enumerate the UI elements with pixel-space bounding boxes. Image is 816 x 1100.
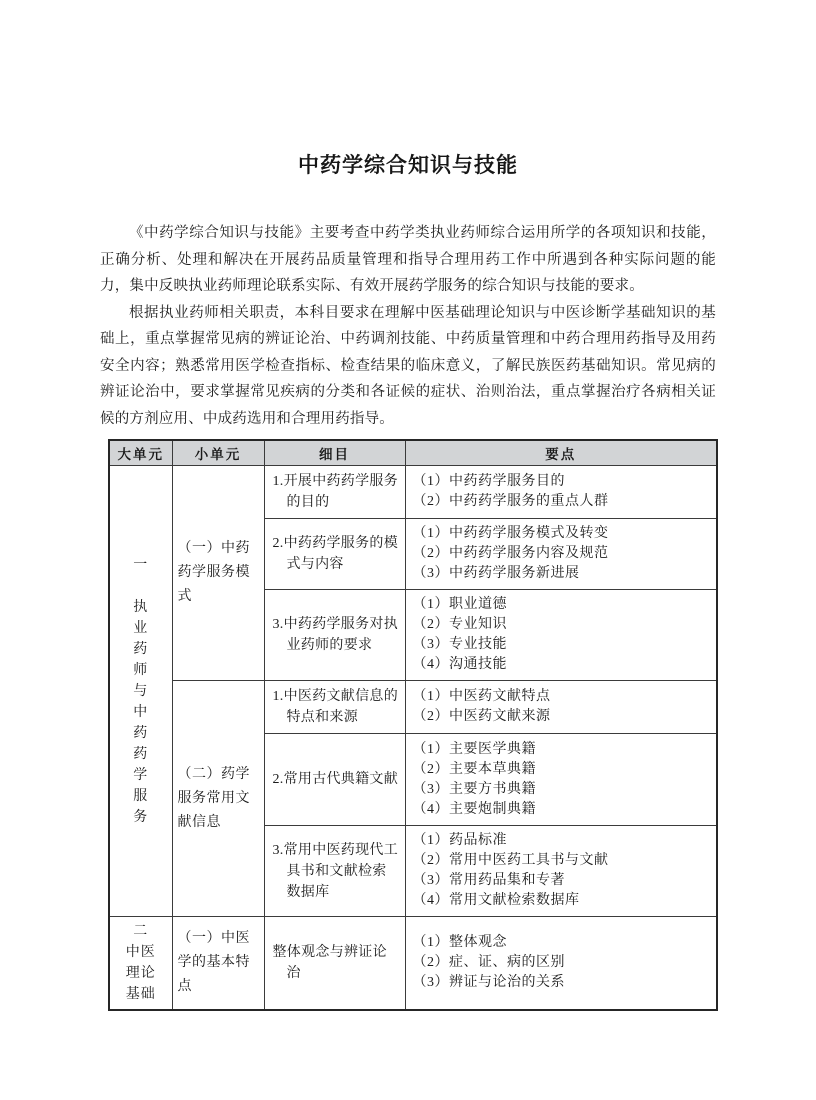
key-point: （1）中药药学服务目的 (413, 472, 713, 492)
key-point: （1）主要医学典籍 (413, 740, 713, 760)
key-point: （3）专业技能 (413, 635, 713, 655)
detail-text: 1.中医药文献信息的特点和来源 (273, 686, 399, 728)
key-point: （3）辨证与论治的关系 (413, 973, 713, 993)
key-point: （2）主要本草典籍 (413, 760, 713, 780)
key-point: （4）常用文献检索数据库 (413, 891, 713, 911)
table-row: 一 执 业 药 师 与 中 药 药 学 服 务 （一）中药药学服务模式 1.开展… (109, 466, 717, 519)
key-points-cell: （1）主要医学典籍 （2）主要本草典籍 （3）主要方书典籍 （4）主要炮制典籍 (405, 734, 717, 826)
key-point: （4）沟通技能 (413, 655, 713, 675)
document-page: 中药学综合知识与技能 《中药学综合知识与技能》主要考查中药学类执业药师综合运用所… (0, 0, 816, 1100)
key-point: （3）主要方书典籍 (413, 780, 713, 800)
key-point: （2）中医药文献来源 (413, 707, 713, 727)
key-point: （2）中药药学服务内容及规范 (413, 544, 713, 564)
key-point: （3）中药药学服务新进展 (413, 564, 713, 584)
syllabus-table: 大单元 小单元 细目 要点 一 执 业 药 师 与 中 药 药 学 服 务 （一… (108, 439, 718, 1011)
detail-text: 2.常用古代典籍文献 (273, 769, 399, 790)
intro-paragraph-1: 《中药学综合知识与技能》主要考查中药学类执业药师综合运用所学的各项知识和技能，正… (100, 220, 716, 300)
minor-unit-2-cell: （二）药学服务常用文献信息 (172, 681, 264, 917)
key-points-cell: （1）中医药文献特点 （2）中医药文献来源 (405, 681, 717, 734)
detail-text: 1.开展中药药学服务的目的 (273, 471, 399, 513)
detail-cell: 3.中药药学服务对执业药师的要求 (264, 590, 405, 681)
key-point: （1）整体观念 (413, 933, 713, 953)
detail-cell: 2.常用古代典籍文献 (264, 734, 405, 826)
key-points-cell: （1）职业道德 （2）专业知识 （3）专业技能 （4）沟通技能 (405, 590, 717, 681)
key-points-cell: （1）中药药学服务模式及转变 （2）中药药学服务内容及规范 （3）中药药学服务新… (405, 519, 717, 590)
detail-cell: 1.中医药文献信息的特点和来源 (264, 681, 405, 734)
detail-cell: 2.中药药学服务的模式与内容 (264, 519, 405, 590)
key-point: （4）主要炮制典籍 (413, 800, 713, 820)
key-points-cell: （1）整体观念 （2）症、证、病的区别 （3）辨证与论治的关系 (405, 917, 717, 1011)
key-point: （1）职业道德 (413, 595, 713, 615)
intro-section: 《中药学综合知识与技能》主要考查中药学类执业药师综合运用所学的各项知识和技能，正… (100, 220, 716, 432)
key-points-cell: （1）中药药学服务目的 （2）中药药学服务的重点人群 (405, 466, 717, 519)
detail-cell: 整体观念与辨证论治 (264, 917, 405, 1011)
key-point: （2）症、证、病的区别 (413, 953, 713, 973)
detail-text: 3.中药药学服务对执业药师的要求 (273, 614, 399, 656)
intro-paragraph-2: 根据执业药师相关职责，本科目要求在理解中医基础理论知识与中医诊断学基础知识的基础… (100, 300, 716, 433)
key-point: （2）专业知识 (413, 615, 713, 635)
detail-text: 2.中药药学服务的模式与内容 (273, 533, 399, 575)
key-point: （2）常用中医药工具书与文献 (413, 851, 713, 871)
header-major-unit: 大单元 (109, 440, 172, 466)
minor-unit-1-cell: （一）中药药学服务模式 (172, 466, 264, 681)
page-title: 中药学综合知识与技能 (100, 150, 716, 180)
major-unit-1-cell: 一 执 业 药 师 与 中 药 药 学 服 务 (109, 466, 172, 917)
header-detail: 细目 (264, 440, 405, 466)
detail-cell: 3.常用中医药现代工具书和文献检索数据库 (264, 826, 405, 917)
detail-text: 3.常用中医药现代工具书和文献检索数据库 (273, 840, 399, 903)
key-point: （2）中药药学服务的重点人群 (413, 492, 713, 512)
minor-unit-3-cell: （一）中医学的基本特点 (172, 917, 264, 1011)
major-unit-2-cell: 二 中医 理论 基础 (109, 917, 172, 1011)
key-point: （1）中医药文献特点 (413, 687, 713, 707)
header-key-points: 要点 (405, 440, 717, 466)
table-row: 二 中医 理论 基础 （一）中医学的基本特点 整体观念与辨证论治 （1）整体观念… (109, 917, 717, 1011)
key-points-cell: （1）药品标准 （2）常用中医药工具书与文献 （3）常用药品集和专著 （4）常用… (405, 826, 717, 917)
key-point: （3）常用药品集和专著 (413, 871, 713, 891)
header-minor-unit: 小单元 (172, 440, 264, 466)
table-header-row: 大单元 小单元 细目 要点 (109, 440, 717, 466)
key-point: （1）中药药学服务模式及转变 (413, 524, 713, 544)
table-row: （二）药学服务常用文献信息 1.中医药文献信息的特点和来源 （1）中医药文献特点… (109, 681, 717, 734)
detail-cell: 1.开展中药药学服务的目的 (264, 466, 405, 519)
key-point: （1）药品标准 (413, 831, 713, 851)
detail-text: 整体观念与辨证论治 (273, 942, 399, 984)
